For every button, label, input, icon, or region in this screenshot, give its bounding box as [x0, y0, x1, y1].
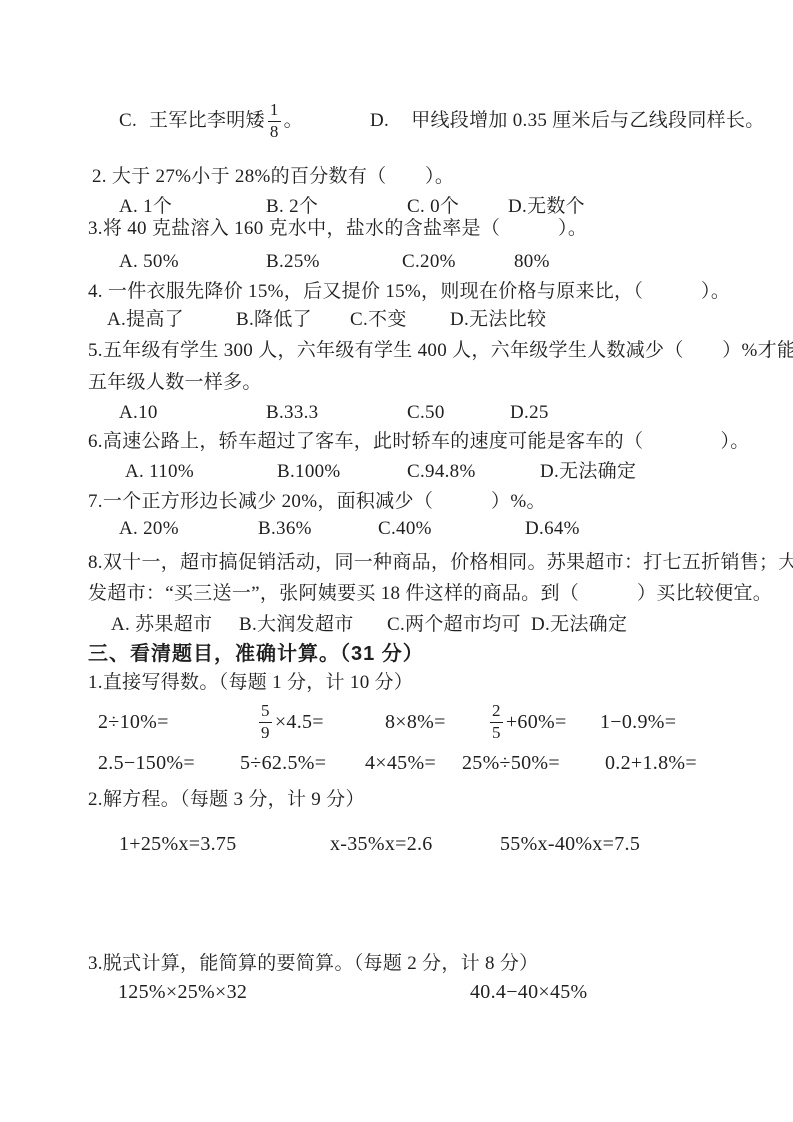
question-8-stem-line2: 发超市：“买三送一”，张阿姨要买 18 件这样的商品。到（ ）买比较便宜。: [88, 583, 772, 605]
question-3-option-a: A. 50%: [119, 251, 179, 273]
question-3-option-b: B.25%: [266, 251, 320, 273]
question-6-option-d: D.无法确定: [540, 461, 636, 483]
question-8-option-d: D.无法确定: [531, 614, 627, 636]
question-6-option-a: A. 110%: [125, 461, 194, 483]
question-3-option-d: 80%: [514, 251, 550, 273]
question-4-option-c: C.不变: [350, 309, 407, 331]
calc-expression: 0.2+1.8%=: [605, 752, 697, 774]
calc-3-heading: 3.脱式计算，能简算的要简算。（每题 2 分，计 8 分）: [88, 953, 538, 975]
question-8-option-c: C.两个超市均可: [387, 614, 521, 636]
question-8-option-a: A. 苏果超市: [111, 614, 212, 636]
calc-expression: 40.4−40×45%: [470, 981, 588, 1003]
section-3-heading: 三、看清题目，准确计算。（31 分）: [88, 643, 424, 665]
calc-expression: 4×45%=: [365, 752, 436, 774]
option-d-text: 甲线段增加 0.35 厘米后与乙线段同样长。: [411, 110, 764, 131]
question-4-stem: 4. 一件衣服先降价 15%，后又提价 15%，则现在价格与原来比，（ ）。: [88, 281, 730, 303]
question-5-stem-line2: 五年级人数一样多。: [88, 372, 262, 394]
question-3-stem: 3.将 40 克盐溶入 160 克水中，盐水的含盐率是（ ）。: [88, 218, 587, 240]
question-2-stem: 2. 大于 27%小于 28%的百分数有（ ）。: [92, 166, 454, 188]
equation: x-35%x=2.6: [330, 833, 433, 855]
question-5-option-c: C.50: [407, 402, 445, 424]
question-1-option-c: C. 王军比李明矮 1 8 。: [119, 98, 303, 144]
equation: 1+25%x=3.75: [119, 833, 237, 855]
question-6-option-b: B.100%: [277, 461, 341, 483]
calc-expression: 2÷10%=: [98, 698, 169, 746]
question-7-option-c: C.40%: [378, 518, 432, 540]
fraction-five-ninths: 5 9: [259, 702, 272, 742]
calc-1-heading: 1.直接写得数。（每题 1 分，计 10 分）: [88, 672, 413, 694]
option-c-label: C.: [119, 110, 137, 132]
expression-text: 8×8%=: [385, 711, 446, 733]
question-5-option-d: D.25: [510, 402, 549, 424]
question-8-stem-line1: 8.双十一，超市搞促销活动，同一种商品，价格相同。苏果超市：打七五折销售；大润: [88, 552, 793, 574]
question-7-option-d: D.64%: [525, 518, 580, 540]
question-2-option-a: A. 1个: [119, 196, 172, 218]
fraction-two-fifths: 2 5: [490, 702, 503, 742]
calc-expression-with-fraction: 2 5 +60%=: [487, 698, 567, 746]
expression-text: 1−0.9%=: [600, 711, 676, 733]
question-7-stem: 7.一个正方形边长减少 20%，面积减少（ ）%。: [88, 491, 546, 513]
question-7-option-b: B.36%: [258, 518, 312, 540]
fraction-one-eighth: 1 8: [268, 101, 281, 141]
calc-expression: 1−0.9%=: [600, 698, 676, 746]
calc-expression: 5÷62.5%=: [240, 752, 326, 774]
question-4-option-a: A.提高了: [107, 309, 184, 331]
question-5-option-b: B.33.3: [266, 402, 318, 424]
exam-paper-page: C. 王军比李明矮 1 8 。 D. 甲线段增加 0.35 厘米后与乙线段同样长…: [0, 0, 793, 1122]
equation: 55%x-40%x=7.5: [500, 833, 640, 855]
question-1-option-d: D. 甲线段增加 0.35 厘米后与乙线段同样长。: [370, 110, 765, 132]
calc-expression: 125%×25%×32: [118, 981, 247, 1003]
expression-text: ×4.5=: [275, 711, 324, 733]
question-7-option-a: A. 20%: [119, 518, 179, 540]
option-c-suffix: 。: [284, 110, 303, 132]
calc-expression: 25%÷50%=: [462, 752, 560, 774]
expression-text: +60%=: [506, 711, 567, 733]
option-c-text: 王军比李明矮: [149, 110, 265, 132]
question-6-option-c: C.94.8%: [407, 461, 476, 483]
question-4-option-b: B.降低了: [236, 309, 312, 331]
calc-2-heading: 2.解方程。（每题 3 分，计 9 分）: [88, 789, 365, 811]
calc-expression: 2.5−150%=: [98, 752, 195, 774]
question-8-option-b: B.大润发超市: [239, 614, 354, 636]
question-3-option-c: C.20%: [402, 251, 456, 273]
question-2-option-b: B. 2个: [266, 196, 318, 218]
question-6-stem: 6.高速公路上，轿车超过了客车，此时轿车的速度可能是客车的（ ）。: [88, 431, 750, 453]
option-d-label: D.: [370, 110, 389, 131]
question-2-option-d: D.无数个: [508, 196, 585, 218]
question-4-option-d: D.无法比较: [450, 309, 546, 331]
calc-expression: 8×8%=: [385, 698, 446, 746]
calc-expression-with-fraction: 5 9 ×4.5=: [256, 698, 324, 746]
expression-text: 2÷10%=: [98, 711, 169, 733]
question-2-option-c: C. 0个: [407, 196, 459, 218]
question-5-option-a: A.10: [119, 402, 158, 424]
question-5-stem-line1: 5.五年级有学生 300 人，六年级有学生 400 人，六年级学生人数减少（ ）…: [88, 340, 793, 362]
